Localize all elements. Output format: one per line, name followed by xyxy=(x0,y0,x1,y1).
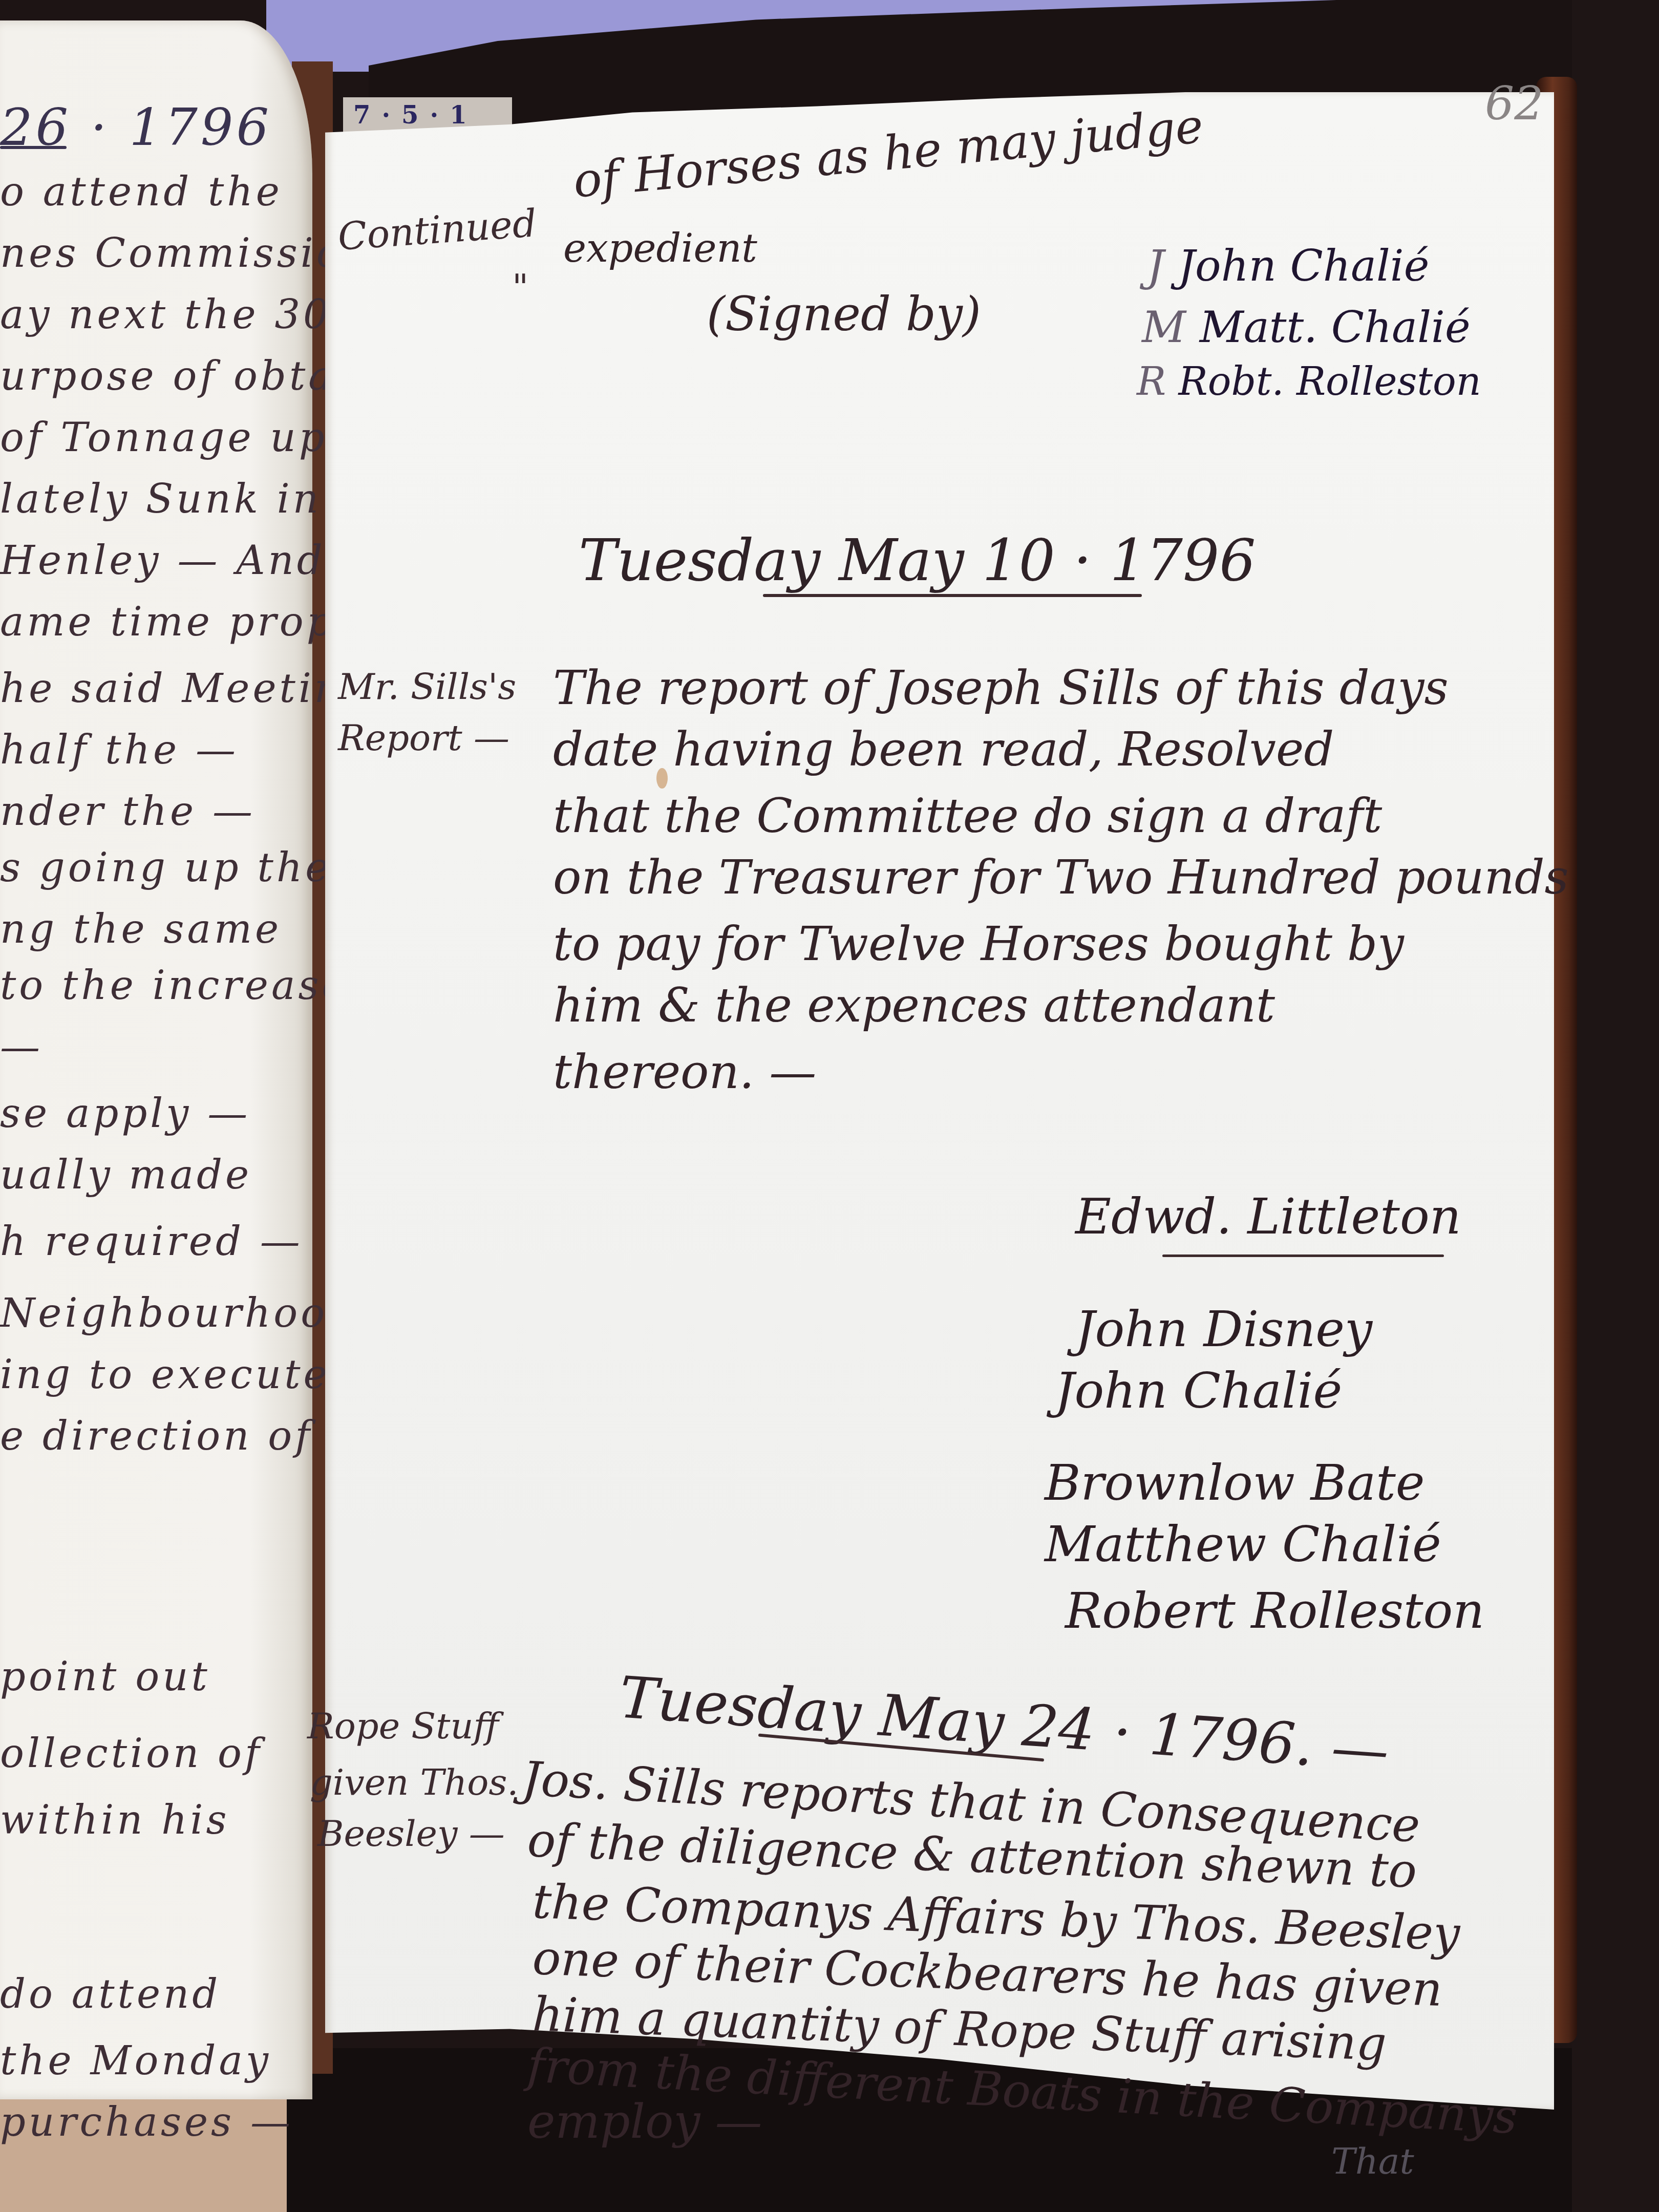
entry-2-line-7: employ — xyxy=(527,2094,762,2149)
left-page-line: s going up the xyxy=(0,845,332,891)
entry-1-signature-6: Robert Rolleston xyxy=(1065,1582,1484,1640)
left-page-line: Neighbourhood xyxy=(0,1290,356,1336)
continued-signature-1: J John Chalié xyxy=(1147,241,1429,291)
ditto-mark: " xyxy=(512,266,528,308)
left-page-line: within his xyxy=(0,1797,229,1843)
entry-1-signature-3: John Chalié xyxy=(1055,1362,1342,1419)
entry-1-margin-note-line-1: Mr. Sills's xyxy=(338,666,516,708)
left-page-line: h required — xyxy=(0,1219,303,1265)
left-page-line: nder the — xyxy=(0,789,256,835)
entry-1-signature-4: Brownlow Bate xyxy=(1045,1454,1425,1512)
entry-1-line-4: on the Treasurer for Two Hundred pounds xyxy=(553,850,1569,905)
entry-1-heading-underline xyxy=(763,594,1142,597)
left-page-line: point out xyxy=(0,1654,210,1700)
left-page-line: he said Meeting xyxy=(0,666,372,712)
left-page-line: to the increase xyxy=(0,963,349,1009)
signed-by-label: (Signed by) xyxy=(707,287,981,342)
left-page-line: purchases — xyxy=(0,2099,293,2145)
left-page-line: ollection of xyxy=(0,1731,263,1777)
left-page-line: o attend the xyxy=(0,169,283,215)
left-page-line: Henley — And xyxy=(0,538,326,584)
continued-signature-3: R Robt. Rolleston xyxy=(1137,358,1481,404)
entry-1-signature-1: Edwd. Littleton xyxy=(1075,1188,1461,1245)
entry-1-line-2: date having been read, Resolved xyxy=(553,722,1334,777)
left-page-line: e direction of xyxy=(0,1413,313,1459)
left-page-line: ing to execute xyxy=(0,1352,330,1398)
entry-2-margin-note-line-1: Rope Stuff xyxy=(307,1705,499,1747)
entry-1-line-5: to pay for Twelve Horses bought by xyxy=(553,917,1404,971)
header-underline xyxy=(0,146,67,149)
left-page-line: do attend xyxy=(0,1971,221,2017)
left-page: 26 · 1796 o attend thenes Commissionersa… xyxy=(0,20,312,2099)
left-page-line: ually made xyxy=(0,1152,252,1198)
continued-line-2: expedient xyxy=(563,225,757,271)
signature-flourish xyxy=(1162,1254,1444,1257)
ink-stain xyxy=(656,768,668,789)
left-page-line: ng the same xyxy=(0,906,282,952)
left-page-line: lately Sunk in xyxy=(0,476,322,522)
entry-1-signature-5: Matthew Chalié xyxy=(1045,1516,1441,1573)
left-page-line: the Monday xyxy=(0,2038,271,2084)
entry-1-date-heading: Tuesday May 10 · 1796 xyxy=(579,527,1256,594)
entry-1-line-6: him & the expences attendant xyxy=(553,978,1275,1033)
left-page-line: — xyxy=(0,1024,43,1070)
entry-2-margin-note-line-2: given Thos. xyxy=(310,1761,519,1803)
catchword: That xyxy=(1331,2140,1414,2182)
entry-1-line-7: thereon. — xyxy=(553,1045,816,1099)
page-number: 62 xyxy=(1485,77,1544,131)
entry-1-margin-note-line-2: Report — xyxy=(338,717,509,759)
entry-1-line-1: The report of Joseph Sills of this days xyxy=(553,661,1449,715)
left-page-line: half the — xyxy=(0,727,239,773)
entry-1-signature-2: John Disney xyxy=(1075,1301,1372,1358)
continued-signature-2: M Matt. Chalié xyxy=(1142,302,1471,352)
entry-2-margin-note-line-3: Beesley — xyxy=(317,1813,505,1855)
dark-cloth-right xyxy=(1572,0,1659,2212)
left-page-line: se apply — xyxy=(0,1091,250,1137)
entry-1-line-3: that the Committee do sign a draft xyxy=(553,789,1382,843)
